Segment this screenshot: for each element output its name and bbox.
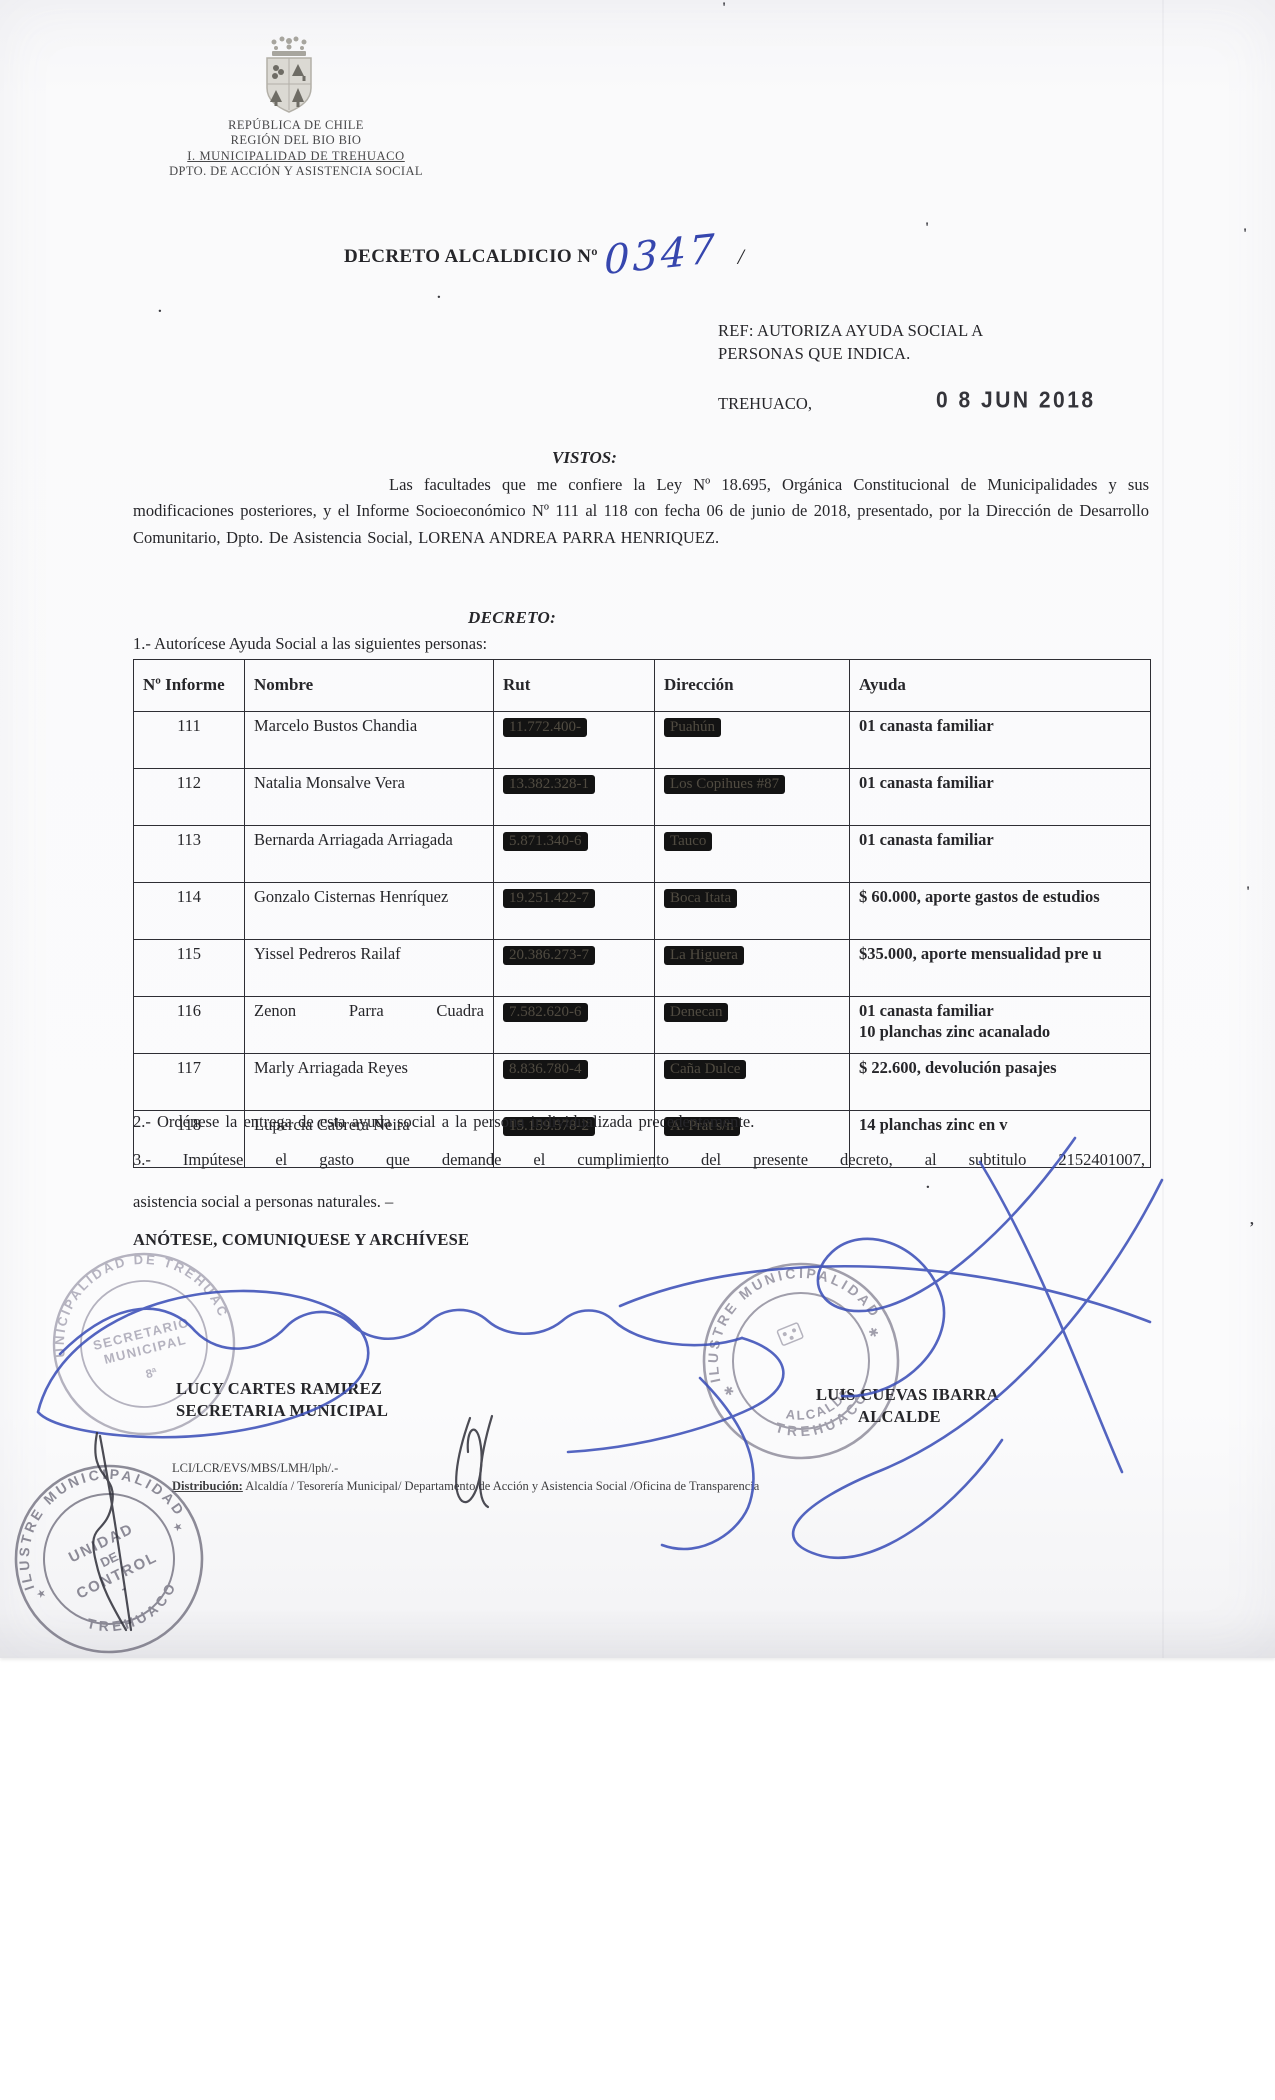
redaction-bar: Los Copihues #87 <box>664 775 785 794</box>
cell-informe: 113 <box>134 826 245 883</box>
cell-ayuda: $ 60.000, aporte gastos de estudios <box>850 883 1151 940</box>
cell-informe: 115 <box>134 940 245 997</box>
cell-ayuda: 01 canasta familiar <box>850 826 1151 883</box>
redaction-bar: Puahún <box>664 718 721 737</box>
table-row: 112 Natalia Monsalve Vera 13.382.328-1 L… <box>134 769 1151 826</box>
secretaria-name-text: LUCY CARTES RAMIREZ <box>176 1378 388 1400</box>
col-header-rut: Rut <box>494 660 655 712</box>
scan-speck: . <box>158 300 162 317</box>
scan-speck: ' <box>1243 226 1247 243</box>
letterhead-region: REGIÓN DEL BIO BIO <box>128 133 464 148</box>
redaction-bar: Denecan <box>664 1003 728 1022</box>
decreto-item3: 3.- Impútese el gasto que demande el cum… <box>133 1150 1145 1212</box>
decree-title-label: DECRETO ALCALDICIO Nº <box>344 232 598 268</box>
redaction-bar: Tauco <box>664 832 712 851</box>
cell-rut: 7.582.620-6 <box>494 997 655 1054</box>
cell-rut: 5.871.340-6 <box>494 826 655 883</box>
decreto-item2: 2.- Ordénese la entrega de esta ayuda so… <box>133 1112 754 1132</box>
stamp-bottom-text: 8ª <box>144 1365 159 1381</box>
table-header-row: Nº Informe Nombre Rut Dirección Ayuda <box>134 660 1151 712</box>
cell-nombre: Zenon Parra Cuadra <box>245 997 494 1054</box>
cell-informe: 116 <box>134 997 245 1054</box>
vistos-paragraph: Las facultades que me confiere la Ley Nº… <box>133 472 1149 551</box>
cell-informe: 111 <box>134 712 245 769</box>
ayuda-line: 01 canasta familiar <box>859 715 1141 736</box>
cell-ayuda: 01 canasta familiar10 planchas zinc acan… <box>850 997 1151 1054</box>
alcalde-name: LUIS CUEVAS IBARRA ALCALDE <box>816 1384 999 1429</box>
ayuda-line: $ 22.600, devolución pasajes <box>859 1057 1141 1078</box>
cell-direccion: La Higuera <box>655 940 850 997</box>
redaction-bar: 7.582.620-6 <box>503 1003 588 1022</box>
decreto-item1: 1.- Autorícese Ayuda Social a las siguie… <box>133 634 487 654</box>
decreto-item3-line2: asistencia social a personas naturales. … <box>133 1192 1145 1212</box>
alcalde-name-text: LUIS CUEVAS IBARRA <box>816 1384 999 1406</box>
redaction-bar: 13.382.328-1 <box>503 775 595 794</box>
paper-fold-line <box>1162 0 1164 1658</box>
stamp-star: ★ <box>171 1520 185 1535</box>
cell-ayuda: $35.000, aporte mensualidad pre u <box>850 940 1151 997</box>
redaction-bar: 20.386.273-7 <box>503 946 595 965</box>
letterhead: REPÚBLICA DE CHILE REGIÓN DEL BIO BIO I.… <box>128 118 464 179</box>
table-row: 113 Bernarda Arriagada Arriagada 5.871.3… <box>134 826 1151 883</box>
cell-nombre: Marcelo Bustos Chandia <box>245 712 494 769</box>
col-header-informe: Nº Informe <box>134 660 245 712</box>
redaction-bar: 5.871.340-6 <box>503 832 588 851</box>
cell-rut: 11.772.400- <box>494 712 655 769</box>
letterhead-department: DPTO. DE ACCIÓN Y ASISTENCIA SOCIAL <box>128 164 464 179</box>
decreto-item3-line1: 3.- Impútese el gasto que demande el cum… <box>133 1150 1145 1170</box>
letterhead-country: REPÚBLICA DE CHILE <box>128 118 464 133</box>
table-row: 114 Gonzalo Cisternas Henríquez 19.251.4… <box>134 883 1151 940</box>
municipal-coat-of-arms-icon <box>246 34 332 120</box>
scan-speck: , <box>1250 1212 1254 1229</box>
cell-ayuda: $ 22.600, devolución pasajes <box>850 1054 1151 1111</box>
scanned-decree-page: ' ' ' . . ' . , REPÚBLICA DE CHILE REGIÓ… <box>0 0 1275 2100</box>
redaction-bar: Caña Dulce <box>664 1060 746 1079</box>
beneficiaries-table-wrap: Nº Informe Nombre Rut Dirección Ayuda 11… <box>133 659 1137 1168</box>
cell-direccion: Tauco <box>655 826 850 883</box>
cell-nombre: Natalia Monsalve Vera <box>245 769 494 826</box>
footer-initials: LCI/LCR/EVS/MBS/LMH/lph/.- <box>172 1459 759 1477</box>
ayuda-line: 14 planchas zinc en v <box>859 1114 1141 1135</box>
col-header-nombre: Nombre <box>245 660 494 712</box>
cell-rut: 20.386.273-7 <box>494 940 655 997</box>
secretaria-name: LUCY CARTES RAMIREZ SECRETARIA MUNICIPAL <box>176 1378 388 1423</box>
cell-nombre: Marly Arriagada Reyes <box>245 1054 494 1111</box>
ayuda-line: $ 60.000, aporte gastos de estudios <box>859 886 1141 907</box>
col-header-ayuda: Ayuda <box>850 660 1151 712</box>
scan-speck: ' <box>1246 884 1250 901</box>
ayuda-line: 01 canasta familiar <box>859 829 1141 850</box>
stamp-star: ★ <box>34 1587 48 1602</box>
cell-informe: 114 <box>134 883 245 940</box>
cell-informe: 112 <box>134 769 245 826</box>
cell-ayuda: 01 canasta familiar <box>850 712 1151 769</box>
cell-direccion: Los Copihues #87 <box>655 769 850 826</box>
cell-direccion: Boca Itata <box>655 883 850 940</box>
cell-nombre: Yissel Pedreros Railaf <box>245 940 494 997</box>
ayuda-line: $35.000, aporte mensualidad pre u <box>859 943 1141 964</box>
secretaria-role-text: SECRETARIA MUNICIPAL <box>176 1400 388 1422</box>
decree-title: DECRETO ALCALDICIO Nº 0347 / <box>344 232 744 278</box>
redaction-bar: 11.772.400- <box>503 718 587 737</box>
ayuda-line: 01 canasta familiar <box>859 772 1141 793</box>
letterhead-municipality: I. MUNICIPALIDAD DE TREHUACO <box>128 149 464 164</box>
table-row: 117 Marly Arriagada Reyes 8.836.780-4 Ca… <box>134 1054 1151 1111</box>
redaction-bar: La Higuera <box>664 946 744 965</box>
stamp-star: ✱ <box>866 1324 881 1341</box>
scan-speck: . <box>437 286 441 303</box>
scan-speck: ' <box>925 220 929 237</box>
cell-rut: 8.836.780-4 <box>494 1054 655 1111</box>
place-line: TREHUACO, <box>718 394 812 414</box>
redaction-bar: 19.251.422-7 <box>503 889 595 908</box>
table-row: 116 Zenon Parra Cuadra 7.582.620-6 Denec… <box>134 997 1151 1054</box>
table-row: 115 Yissel Pedreros Railaf 20.386.273-7 … <box>134 940 1151 997</box>
vistos-heading: VISTOS: <box>552 448 617 468</box>
scan-speck: ' <box>722 0 726 17</box>
ref-block: REF: AUTORIZA AYUDA SOCIAL A PERSONAS QU… <box>718 320 983 366</box>
ayuda-line2: 10 planchas zinc acanalado <box>859 1021 1141 1042</box>
cell-nombre: Bernarda Arriagada Arriagada <box>245 826 494 883</box>
decree-title-slash: / <box>738 232 744 270</box>
cell-direccion: Puahún <box>655 712 850 769</box>
cell-direccion: Caña Dulce <box>655 1054 850 1111</box>
date-stamp: 0 8 JUN 2018 <box>936 388 1096 414</box>
redaction-bar: 8.836.780-4 <box>503 1060 588 1079</box>
redaction-bar: Boca Itata <box>664 889 737 908</box>
stamp-center-text: - <box>118 1581 128 1596</box>
cell-rut: 19.251.422-7 <box>494 883 655 940</box>
table-row: 111 Marcelo Bustos Chandia 11.772.400- P… <box>134 712 1151 769</box>
cell-nombre: Gonzalo Cisternas Henríquez <box>245 883 494 940</box>
footer-block: LCI/LCR/EVS/MBS/LMH/lph/.- Distribución:… <box>172 1459 759 1495</box>
footer-distribution-text: Alcaldía / Tesorería Municipal/ Departam… <box>243 1479 759 1493</box>
stamp-star: ✱ <box>722 1383 737 1400</box>
ref-line1: REF: AUTORIZA AYUDA SOCIAL A <box>718 320 983 343</box>
cell-rut: 13.382.328-1 <box>494 769 655 826</box>
col-header-direccion: Dirección <box>655 660 850 712</box>
alcalde-role-text: ALCALDE <box>816 1406 999 1428</box>
cell-direccion: Denecan <box>655 997 850 1054</box>
beneficiaries-table: Nº Informe Nombre Rut Dirección Ayuda 11… <box>133 659 1151 1168</box>
decreto-heading: DECRETO: <box>468 608 556 628</box>
cell-ayuda: 01 canasta familiar <box>850 769 1151 826</box>
stamp-crest <box>777 1323 803 1346</box>
cell-informe: 117 <box>134 1054 245 1111</box>
ayuda-line: 01 canasta familiar <box>859 1000 1141 1021</box>
footer-distribution: Distribución: Alcaldía / Tesorería Munic… <box>172 1477 759 1495</box>
ref-line2: PERSONAS QUE INDICA. <box>718 343 983 366</box>
handwritten-decree-number: 0347 <box>604 226 717 284</box>
